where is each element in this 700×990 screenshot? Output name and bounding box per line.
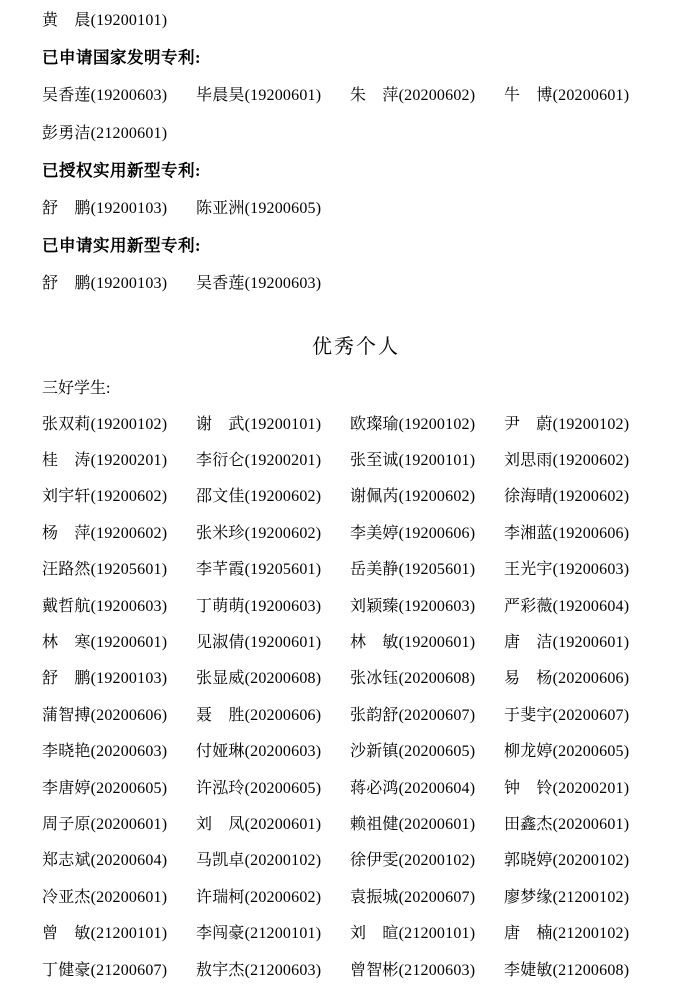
student-row: 舒 鹏(19200103)张显威(20200608)张冰钰(20200608)易… (42, 659, 670, 695)
name-entry: 岳美静(19205601) (350, 556, 504, 579)
name-entry: 张韵舒(20200607) (350, 702, 504, 725)
name-entry: 毕晨昊(19200601) (196, 82, 350, 105)
name-entry: 李婕敏(21200608) (504, 957, 658, 980)
name-entry: 马凯卓(20200102) (196, 847, 350, 870)
name-entry: 李晓艳(20200603) (42, 738, 196, 761)
name-entry: 张双莉(19200102) (42, 411, 196, 434)
patent-heading: 已授权实用新型专利: (42, 157, 201, 181)
name-entry: 杨 萍(19200602) (42, 520, 196, 543)
name-entry: 李湘蓝(19200606) (504, 520, 658, 543)
name-entry: 唐 楠(21200102) (504, 920, 658, 943)
name-entry: 李衍仑(19200201) (196, 447, 350, 470)
student-row: 刘宇轩(19200602)邵文佳(19200602)谢佩芮(19200602)徐… (42, 477, 670, 513)
name-entry: 林 寒(19200601) (42, 629, 196, 652)
name-entry: 舒 鹏(19200103) (42, 270, 196, 293)
name-entry: 谢 武(19200101) (196, 411, 350, 434)
name-entry: 李美婷(19200606) (350, 520, 504, 543)
name-entry: 吴香莲(19200603) (196, 270, 350, 293)
name-entry: 冷亚杰(20200601) (42, 884, 196, 907)
student-row: 李晓艳(20200603)付娅琳(20200603)沙新镇(20200605)柳… (42, 732, 670, 768)
name-entry: 徐海晴(19200602) (504, 483, 658, 506)
name-entry: 廖梦缘(21200102) (504, 884, 658, 907)
student-row: 戴哲航(19200603)丁萌萌(19200603)刘颖臻(19200603)严… (42, 586, 670, 622)
name-entry: 严彩薇(19200604) (504, 593, 658, 616)
name-entry: 刘宇轩(19200602) (42, 483, 196, 506)
name-entry: 丁健豪(21200607) (42, 957, 196, 980)
name-entry: 陈亚洲(19200605) (196, 195, 350, 218)
student-row: 冷亚杰(20200601)许瑞柯(20200602)袁振城(20200607)廖… (42, 877, 670, 913)
category-line: 三好学生: (42, 368, 670, 404)
name-entry: 刘颖臻(19200603) (350, 593, 504, 616)
student-row: 桂 涛(19200201)李衍仑(19200201)张至诚(19200101)刘… (42, 440, 670, 476)
name-entry: 丁萌萌(19200603) (196, 593, 350, 616)
student-row: 李唐婷(20200605)许泓玲(20200605)蒋必鸿(20200604)钟… (42, 768, 670, 804)
awards-title-wrap: 优秀个人 (42, 320, 670, 368)
name-entry: 见淑倩(19200601) (196, 629, 350, 652)
name-entry: 舒 鹏(19200103) (42, 195, 196, 218)
name-entry: 王光宇(19200603) (504, 556, 658, 579)
student-row: 丁健豪(21200607)敖宇杰(21200603)曾智彬(21200603)李… (42, 950, 670, 986)
name-entry: 戴哲航(19200603) (42, 593, 196, 616)
name-entry: 敖宇杰(21200603) (196, 957, 350, 980)
name-entry: 刘思雨(19200602) (504, 447, 658, 470)
name-entry: 黄 晨(19200101) (42, 7, 196, 30)
name-entry: 李闯豪(21200101) (196, 920, 350, 943)
name-entry: 张显威(20200608) (196, 665, 350, 688)
patent-name-row: 彭勇洁(21200601) (42, 113, 670, 151)
name-entry: 袁振城(20200607) (350, 884, 504, 907)
name-entry: 刘 暄(21200101) (350, 920, 504, 943)
patent-name-row: 黄 晨(19200101) (42, 0, 670, 38)
name-entry: 郑志斌(20200604) (42, 847, 196, 870)
name-entry: 曾 敏(21200101) (42, 920, 196, 943)
patent-name-row: 舒 鹏(19200103)陈亚洲(19200605) (42, 188, 670, 226)
name-entry: 易 杨(20200606) (504, 665, 658, 688)
document-page: 黄 晨(19200101)已申请国家发明专利:吴香莲(19200603)毕晨昊(… (0, 0, 700, 990)
student-row: 周子原(20200601)刘 凤(20200601)赖祖健(20200601)田… (42, 804, 670, 840)
name-entry: 郭晓婷(20200102) (504, 847, 658, 870)
student-row: 林 寒(19200601)见淑倩(19200601)林 敏(19200601)唐… (42, 622, 670, 658)
name-entry: 付娅琳(20200603) (196, 738, 350, 761)
name-entry: 唐 洁(19200601) (504, 629, 658, 652)
name-entry: 周子原(20200601) (42, 811, 196, 834)
name-entry: 汪路然(19205601) (42, 556, 196, 579)
name-entry: 蒲智搏(20200606) (42, 702, 196, 725)
patent-heading: 已申请国家发明专利: (42, 44, 201, 68)
name-entry: 张米珍(19200602) (196, 520, 350, 543)
name-entry: 柳龙婷(20200605) (504, 738, 658, 761)
name-entry: 蒋必鸿(20200604) (350, 775, 504, 798)
name-entry: 彭勇洁(21200601) (42, 120, 196, 143)
name-entry: 田鑫杰(20200601) (504, 811, 658, 834)
name-entry: 李芊霞(19205601) (196, 556, 350, 579)
name-entry: 刘 凤(20200601) (196, 811, 350, 834)
awards-title: 优秀个人 (312, 330, 400, 359)
name-entry: 尹 蔚(19200102) (504, 411, 658, 434)
name-entry: 谢佩芮(19200602) (350, 483, 504, 506)
patent-heading-line: 已授权实用新型专利: (42, 150, 670, 188)
student-row: 杨 萍(19200602)张米珍(19200602)李美婷(19200606)李… (42, 513, 670, 549)
name-entry: 吴香莲(19200603) (42, 82, 196, 105)
name-entry: 沙新镇(20200605) (350, 738, 504, 761)
name-entry: 牛 博(20200601) (504, 82, 658, 105)
patent-name-row: 吴香莲(19200603)毕晨昊(19200601)朱 萍(20200602)牛… (42, 75, 670, 113)
student-row: 曾 敏(21200101)李闯豪(21200101)刘 暄(21200101)唐… (42, 913, 670, 949)
student-row: 蒲智搏(20200606)聂 胜(20200606)张韵舒(20200607)于… (42, 695, 670, 731)
name-entry: 聂 胜(20200606) (196, 702, 350, 725)
name-entry: 钟 铃(20200201) (504, 775, 658, 798)
name-entry: 张至诚(19200101) (350, 447, 504, 470)
name-entry: 欧璨瑜(19200102) (350, 411, 504, 434)
name-entry: 赖祖健(20200601) (350, 811, 504, 834)
students-list: 张双莉(19200102)谢 武(19200101)欧璨瑜(19200102)尹… (42, 404, 670, 986)
patent-name-row: 舒 鹏(19200103)吴香莲(19200603) (42, 263, 670, 301)
name-entry: 许泓玲(20200605) (196, 775, 350, 798)
patent-heading-line: 已申请实用新型专利: (42, 225, 670, 263)
name-entry: 朱 萍(20200602) (350, 82, 504, 105)
name-entry: 曾智彬(21200603) (350, 957, 504, 980)
name-entry: 舒 鹏(19200103) (42, 665, 196, 688)
category-label: 三好学生: (42, 375, 110, 398)
student-row: 汪路然(19205601)李芊霞(19205601)岳美静(19205601)王… (42, 550, 670, 586)
student-row: 张双莉(19200102)谢 武(19200101)欧璨瑜(19200102)尹… (42, 404, 670, 440)
name-entry: 徐伊雯(20200102) (350, 847, 504, 870)
name-entry: 林 敏(19200601) (350, 629, 504, 652)
name-entry: 于斐宇(20200607) (504, 702, 658, 725)
patent-heading: 已申请实用新型专利: (42, 232, 201, 256)
name-entry: 桂 涛(19200201) (42, 447, 196, 470)
name-entry: 许瑞柯(20200602) (196, 884, 350, 907)
name-entry: 李唐婷(20200605) (42, 775, 196, 798)
patent-sections: 黄 晨(19200101)已申请国家发明专利:吴香莲(19200603)毕晨昊(… (42, 0, 670, 300)
name-entry: 邵文佳(19200602) (196, 483, 350, 506)
patent-heading-line: 已申请国家发明专利: (42, 38, 670, 76)
student-row: 郑志斌(20200604)马凯卓(20200102)徐伊雯(20200102)郭… (42, 841, 670, 877)
name-entry: 张冰钰(20200608) (350, 665, 504, 688)
